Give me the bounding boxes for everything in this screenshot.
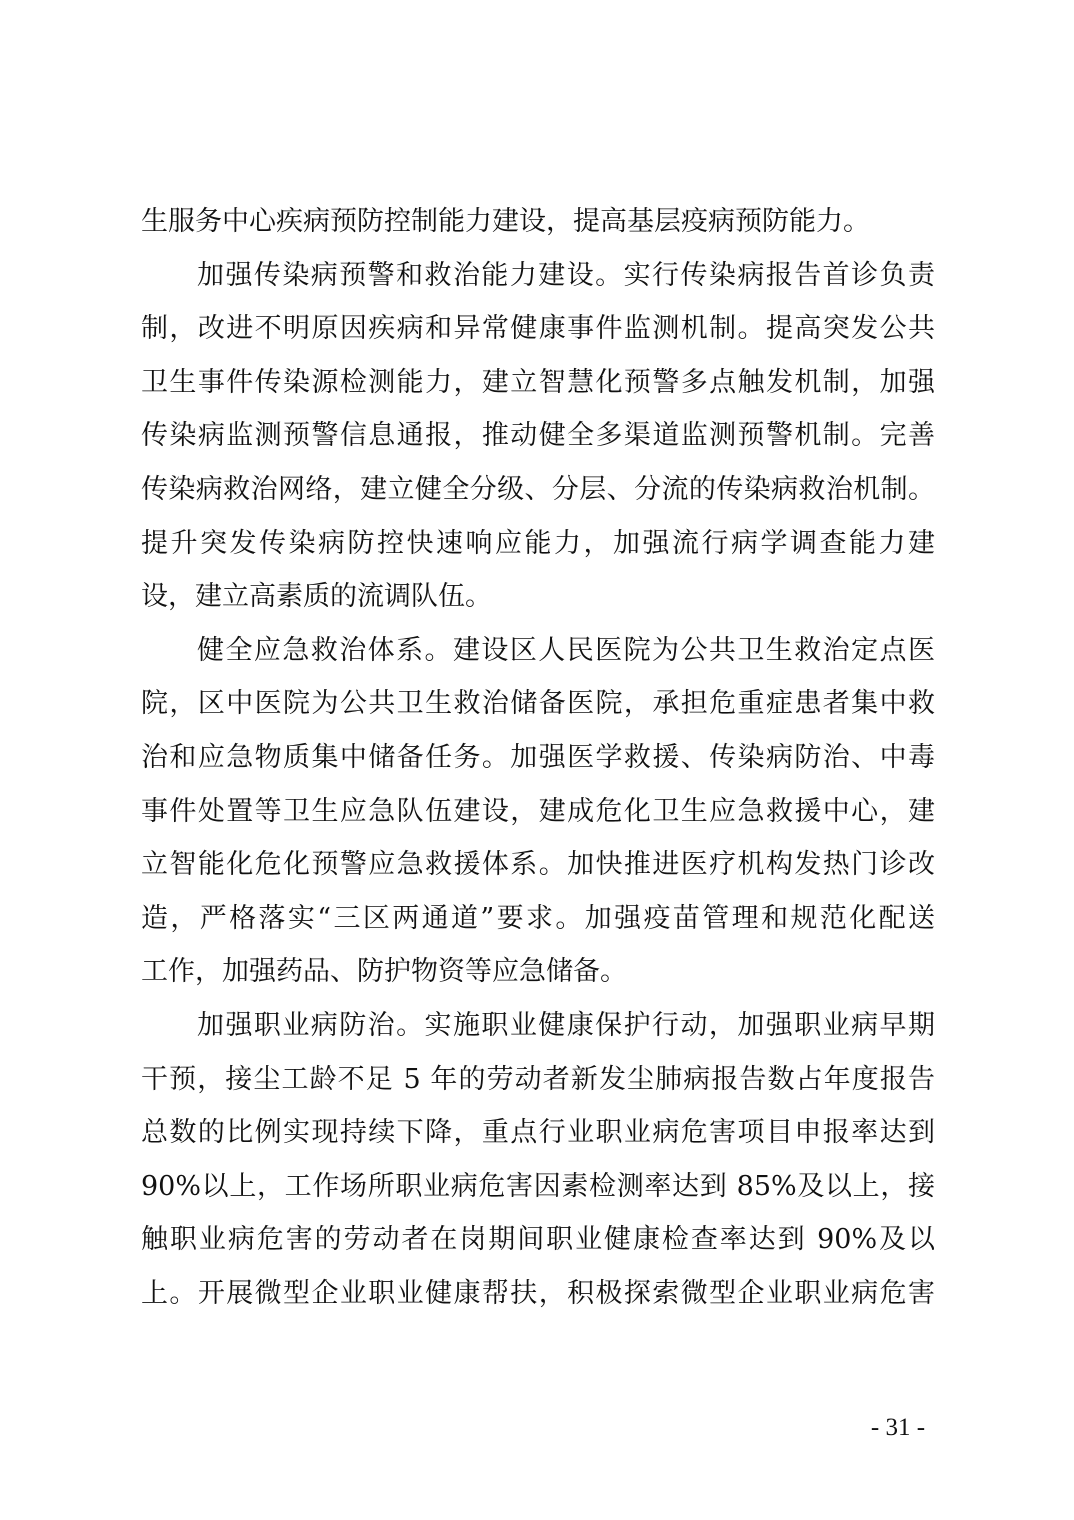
text-line: 设，建立高素质的流调队伍。 xyxy=(141,570,935,624)
text-line: 提升突发传染病防控快速响应能力，加强流行病学调查能力建 xyxy=(141,517,935,571)
text-line: 加强传染病预警和救治能力建设。实行传染病报告首诊负责 xyxy=(141,249,935,303)
text-line: 造，严格落实“三区两通道”要求。加强疫苗管理和规范化配送 xyxy=(141,892,935,946)
text-line: 治和应急物质集中储备任务。加强医学救援、传染病防治、中毒 xyxy=(141,731,935,785)
text-line: 立智能化危化预警应急救援体系。加快推进医疗机构发热门诊改 xyxy=(141,838,935,892)
page-number: - 31 - xyxy=(858,1414,938,1442)
text-line: 卫生事件传染源检测能力，建立智慧化预警多点触发机制，加强 xyxy=(141,356,935,410)
text-line: 干预，接尘工龄不足 5 年的劳动者新发尘肺病报告数占年度报告 xyxy=(141,1053,935,1107)
text-line: 工作，加强药品、防护物资等应急储备。 xyxy=(141,945,935,999)
text-line: 院，区中医院为公共卫生救治储备医院，承担危重症患者集中救 xyxy=(141,677,935,731)
document-page: 生服务中心疾病预防控制能力建设，提高基层疫病预防能力。 加强传染病预警和救治能力… xyxy=(0,0,1074,1520)
text-line: 传染病救治网络，建立健全分级、分层、分流的传染病救治机制。 xyxy=(141,463,935,517)
text-line: 触职业病危害的劳动者在岗期间职业健康检查率达到 90%及以 xyxy=(141,1213,935,1267)
text-line: 健全应急救治体系。建设区人民医院为公共卫生救治定点医 xyxy=(141,624,935,678)
text-line: 加强职业病防治。实施职业健康保护行动，加强职业病早期 xyxy=(141,999,935,1053)
text-line: 90%以上，工作场所职业病危害因素检测率达到 85%及以上，接 xyxy=(141,1160,935,1214)
text-line: 总数的比例实现持续下降，重点行业职业病危害项目申报率达到 xyxy=(141,1106,935,1160)
text-line: 制，改进不明原因疾病和异常健康事件监测机制。提高突发公共 xyxy=(141,302,935,356)
body-text: 生服务中心疾病预防控制能力建设，提高基层疫病预防能力。 加强传染病预警和救治能力… xyxy=(141,195,935,1320)
text-line: 上。开展微型企业职业健康帮扶，积极探索微型企业职业病危害 xyxy=(141,1267,935,1321)
text-line: 传染病监测预警信息通报，推动健全多渠道监测预警机制。完善 xyxy=(141,409,935,463)
text-line: 生服务中心疾病预防控制能力建设，提高基层疫病预防能力。 xyxy=(141,195,935,249)
text-line: 事件处置等卫生应急队伍建设，建成危化卫生应急救援中心，建 xyxy=(141,785,935,839)
